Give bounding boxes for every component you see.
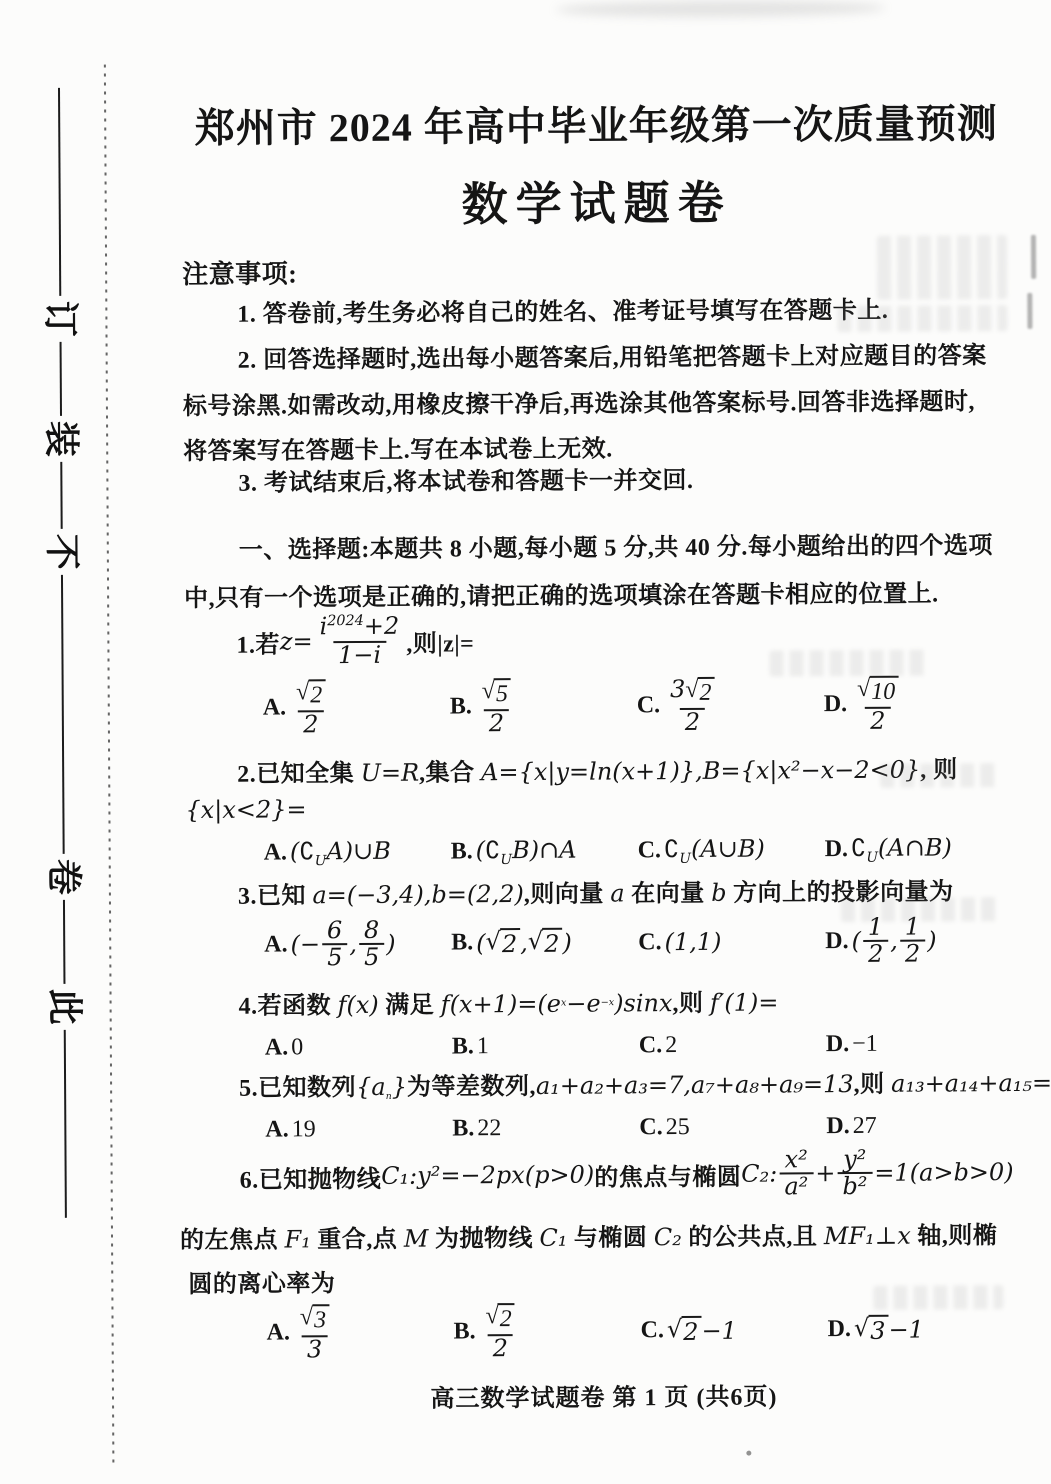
- q1-option-a: A. √22: [263, 678, 450, 737]
- page-title-line1: 郑州市 2024 年高中毕业年级第一次质量预测: [181, 92, 1011, 154]
- q4-option-b: B.1: [452, 1032, 639, 1060]
- q4-options: A.0 B.1 C.2 D.−1: [187, 1023, 1017, 1068]
- q6-stem-line3: 圆的离心率为: [188, 1259, 1018, 1299]
- q1-option-d: D. √102: [824, 676, 906, 734]
- q1-options: A. √22 B. √52 C. 3√22 D. √102: [185, 675, 1015, 738]
- notice-item2-line1: 2. 回答选择题时,选出每小题答案后,用铅笔把答题卡上对应题目的答案: [183, 335, 1013, 375]
- q2-options: A. (∁UA)∪B B. (∁UB)∩A C. ∁U(A∪B) D. ∁U(A…: [186, 829, 1016, 874]
- q5-option-c: C.25: [639, 1113, 826, 1141]
- notice-item3: 3. 考试结束后,将本试卷和答题卡一并交回.: [183, 458, 1013, 498]
- q1-option-b: B. √52: [450, 677, 637, 736]
- q6-fraction-y: y²b²: [837, 1147, 872, 1200]
- q5-option-a: A.19: [265, 1115, 452, 1143]
- binding-char-ci: 此: [41, 984, 87, 1030]
- q6-stem-line1: 6.已知抛物线 C₁:y²=−2px(p>0) 的焦点与椭圆 C₂: x²a² …: [187, 1139, 1017, 1210]
- q6-option-d: D. √3−1: [828, 1314, 924, 1345]
- q4-option-d: D.−1: [826, 1030, 878, 1057]
- q6-option-b: B. √22: [453, 1302, 640, 1361]
- notice-item1: 1. 答卷前,考生务必将自己的姓名、准考证号填写在答题卡上.: [182, 289, 1012, 329]
- edge-streak-1: [1031, 235, 1036, 279]
- q5-option-d: D.27: [826, 1112, 877, 1139]
- q6-fraction-x: x²a²: [779, 1147, 813, 1200]
- q2-option-c: C. ∁U(A∪B): [638, 834, 825, 867]
- q3-stem: 3.已知 a=(−3,4),b=(2,2),则向量 a 在向量 b 方向上的投影…: [186, 871, 1016, 911]
- q1-option-c: C. 3√22: [637, 676, 824, 735]
- binding-char-ding: 订: [37, 296, 83, 342]
- q6-options: A. √33 B. √22 C. √2−1 D. √3−1: [188, 1299, 1018, 1364]
- q4-option-a: A.0: [265, 1033, 452, 1061]
- q2-option-a: A. (∁UA)∪B: [264, 837, 451, 870]
- q3-option-c: C. (1,1): [638, 927, 825, 956]
- q4-stem: 4.若函数 f(x) 满足 f(x+1)=(ex−e−x)sinx,则 f′(1…: [186, 981, 1016, 1021]
- notice-item2-line2: 标号涂黑.如需改动,用橡皮擦干净后,再选涂其他答案标号.回答非选择题时,: [183, 381, 1013, 421]
- q2-stem-line1: 2.已知全集 U=R,集合 A={x|y=ln(x+1)},B={x|x²−x−…: [185, 749, 1015, 789]
- q1-stem: 1.若 z= i2024+2 1−i ,则|z|=: [184, 605, 1014, 674]
- q2-option-b: B. (∁UB)∩A: [451, 835, 638, 868]
- q2-option-d: D. ∁U(A∩B): [825, 833, 952, 866]
- perforation-dotted-line: [104, 65, 115, 1465]
- q6-option-c: C. √2−1: [641, 1315, 828, 1347]
- binding-char-zhuang: 装: [38, 416, 84, 462]
- edge-streak-2: [1027, 293, 1032, 329]
- q3-option-b: B. (√2,√2): [451, 927, 638, 959]
- q3-option-d: D. (12,12): [825, 914, 937, 967]
- q6-stem-line2: 的左焦点 F₁ 重合,点 M 为抛物线 C₁ 与椭圆 C₂ 的公共点,且 MF₁…: [180, 1215, 1018, 1255]
- page-title-line2: 数学试题卷: [182, 165, 1012, 236]
- q1-fraction: i2024+2 1−i: [314, 614, 404, 668]
- binding-char-juan: 卷: [41, 854, 87, 900]
- notice-heading: 注意事项:: [182, 249, 1012, 291]
- q3-options: A. (−65,85) B. (√2,√2) C. (1,1) D. (12,1…: [186, 911, 1016, 974]
- exam-page-scan: 订 装 不 卷 此 .bchar{top:293px;} 郑州市 2024 年高…: [0, 0, 1051, 1484]
- q4-option-c: C.2: [639, 1031, 826, 1059]
- q2-stem-line2: {x|x<2}=: [185, 791, 1015, 824]
- page-footer: 高三数学试题卷 第 1 页 (共6页): [189, 1375, 1019, 1415]
- q5-stem: 5.已知数列{an}为等差数列,a₁+a₂+a₃=7,a₇+a₈+a₉=13,则…: [187, 1063, 1017, 1103]
- q5-option-b: B.22: [452, 1114, 639, 1142]
- q3-option-a: A. (−65,85): [264, 917, 451, 971]
- exam-content: 郑州市 2024 年高中毕业年级第一次质量预测 数学试题卷 注意事项: 1. 答…: [180, 0, 1019, 1484]
- q6-option-a: A. √33: [266, 1303, 453, 1362]
- binding-char-bu: 不: [39, 529, 85, 575]
- section1-heading-line1: 一、选择题:本题共 8 小题,每小题 5 分,共 40 分.每小题给出的四个选项: [184, 525, 1014, 565]
